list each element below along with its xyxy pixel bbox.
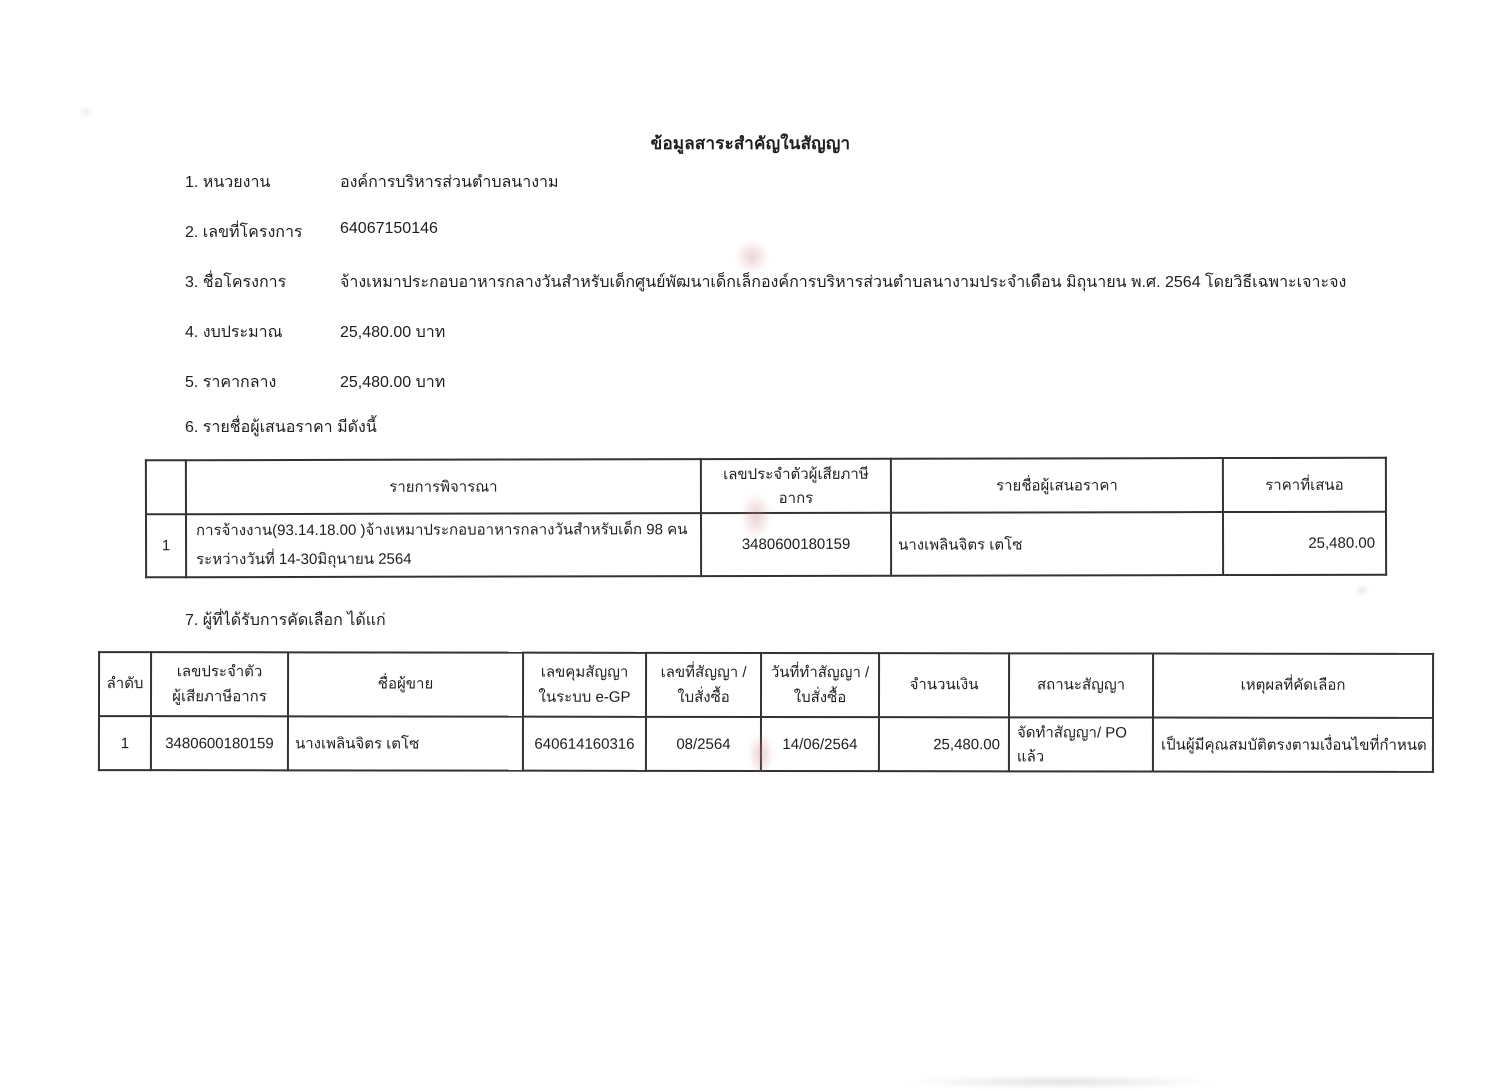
selection-header-seller: ชื่อผู้ขาย xyxy=(288,652,523,716)
bidders-header-item: รายการพิจารณา xyxy=(186,459,701,514)
bidders-header-price: ราคาที่เสนอ xyxy=(1223,458,1386,512)
selection-cell-contract-date: 14/06/2564 xyxy=(761,717,879,771)
bidders-cell-taxid: 3480600180159 xyxy=(701,513,891,576)
field-agency-value: องค์การบริหารส่วนตำบลนางาม xyxy=(340,170,559,195)
field-median-price-value: 25,480.00 บาท xyxy=(340,370,445,395)
field-project-number-value: 64067150146 xyxy=(340,220,438,245)
selection-cell-egp-no: 640614160316 xyxy=(523,717,646,771)
section7-heading: 7. ผู้ที่ได้รับการคัดเลือก ได้แก่ xyxy=(185,608,386,633)
field-project-number-label: 2. เลขที่โครงการ xyxy=(185,220,340,245)
selection-cell-taxid: 3480600180159 xyxy=(151,716,288,770)
field-median-price: 5. ราคากลาง 25,480.00 บาท xyxy=(185,370,445,395)
selection-cell-amount: 25,480.00 xyxy=(879,717,1009,771)
scan-artifact xyxy=(1355,585,1369,595)
bidders-table: รายการพิจารณา เลขประจำตัวผู้เสียภาษีอากร… xyxy=(145,457,1387,579)
field-agency-label: 1. หนวยงาน xyxy=(185,170,340,195)
selection-cell-reason: เป็นผู้มีคุณสมบัติตรงตามเงื่อนไขที่กำหนด xyxy=(1153,718,1433,772)
selection-cell-seller-name: นางเพลินจิตร เตโซ xyxy=(288,716,523,770)
field-project-name-value: จ้างเหมาประกอบอาหารกลางวันสำหรับเด็กศูนย… xyxy=(340,270,1346,295)
scan-artifact xyxy=(900,1076,1220,1088)
bidders-header-bidder: รายชื่อผู้เสนอราคา xyxy=(891,458,1223,513)
selection-header-reason: เหตุผลที่คัดเลือก xyxy=(1153,654,1433,718)
page-title: ข้อมูลสาระสำคัญในสัญญา xyxy=(0,130,1501,157)
bidders-cell-price: 25,480.00 xyxy=(1223,512,1386,575)
selection-header-status: สถานะสัญญา xyxy=(1009,653,1153,717)
bidders-table-header-row: รายการพิจารณา เลขประจำตัวผู้เสียภาษีอากร… xyxy=(146,458,1386,515)
bidders-cell-no: 1 xyxy=(146,514,186,577)
bidders-header-taxid: เลขประจำตัวผู้เสียภาษีอากร xyxy=(701,459,891,513)
field-project-name-label: 3. ชื่อโครงการ xyxy=(185,270,340,295)
field-budget-label: 4. งบประมาณ xyxy=(185,320,340,345)
field-budget: 4. งบประมาณ 25,480.00 บาท xyxy=(185,320,445,345)
selection-cell-no: 1 xyxy=(99,716,151,770)
scan-artifact xyxy=(735,240,769,274)
selection-table-header-row: ลำดับ เลขประจำตัว ผู้เสียภาษีอากร ชื่อผู… xyxy=(99,652,1433,718)
field-project-number: 2. เลขที่โครงการ 64067150146 xyxy=(185,220,438,245)
field-median-price-label: 5. ราคากลาง xyxy=(185,370,340,395)
selection-cell-contract-no: 08/2564 xyxy=(646,717,761,771)
selection-table-row: 1 3480600180159 นางเพลินจิตร เตโซ 640614… xyxy=(99,716,1433,772)
selection-header-taxid: เลขประจำตัว ผู้เสียภาษีอากร xyxy=(151,652,288,716)
selection-header-egp-no: เลขคุมสัญญา ในระบบ e-GP xyxy=(523,653,646,717)
field-budget-value: 25,480.00 บาท xyxy=(340,320,445,345)
section6-heading: 6. รายชื่อผู้เสนอราคา มีดังนี้ xyxy=(185,415,377,440)
bidders-cell-bidder-name: นางเพลินจิตร เตโซ xyxy=(891,512,1223,576)
field-project-name: 3. ชื่อโครงการ จ้างเหมาประกอบอาหารกลางวั… xyxy=(185,270,1346,295)
selected-supplier-table: ลำดับ เลขประจำตัว ผู้เสียภาษีอากร ชื่อผู… xyxy=(98,651,1434,773)
selection-cell-status: จัดทำสัญญา/ PO แล้ว xyxy=(1009,717,1153,771)
selection-header-amount: จำนวนเงิน xyxy=(879,653,1009,717)
selection-header-contract-no: เลขที่สัญญา / ใบสั่งซื้อ xyxy=(646,653,761,717)
scanned-document-page: { "document": { "title": "ข้อมูลสาระสำคั… xyxy=(0,0,1501,1091)
selection-header-no: ลำดับ xyxy=(99,652,151,716)
bidders-table-row: 1 การจ้างงาน(93.14.18.00 )จ้างเหมาประกอบ… xyxy=(146,512,1386,578)
field-agency: 1. หนวยงาน องค์การบริหารส่วนตำบลนางาม xyxy=(185,170,559,195)
selection-header-contract-date: วันที่ทำสัญญา / ใบสั่งซื้อ xyxy=(761,653,879,717)
scan-artifact xyxy=(80,108,92,116)
bidders-cell-description: การจ้างงาน(93.14.18.00 )จ้างเหมาประกอบอา… xyxy=(186,513,701,577)
bidders-header-no xyxy=(146,460,186,514)
